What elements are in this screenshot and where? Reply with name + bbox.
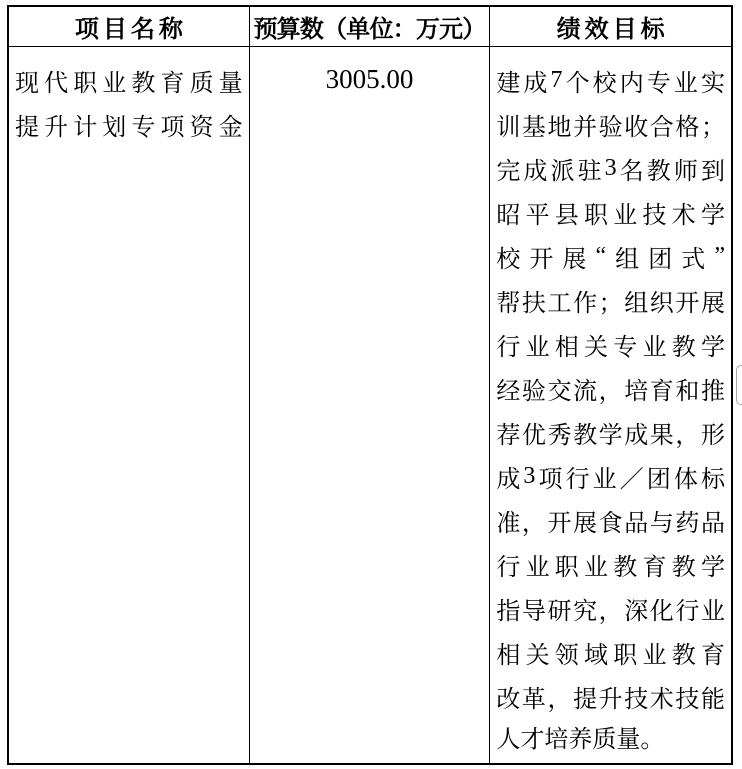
cell-project-name: 现代职业教育质量提升计划专项资金 xyxy=(9,47,250,763)
cell-performance-target: 建成7个校内专业实训基地并验收合格；完成派驻3名教师到昭平县职业技术学校开展“组… xyxy=(490,47,731,763)
budget-value: 3005.00 xyxy=(326,64,414,94)
table-data-row: 现代职业教育质量提升计划专项资金 3005.00 建成7个校内专业实训基地并验收… xyxy=(9,47,731,763)
scrollbar-thumb[interactable] xyxy=(736,365,742,405)
document-page: 项目名称 预算数（单位：万元） 绩效目标 现代职业教育质量提升计划专项资金 30… xyxy=(0,0,742,769)
column-header-budget-amount: 预算数（单位：万元） xyxy=(250,7,491,47)
budget-performance-table: 项目名称 预算数（单位：万元） 绩效目标 现代职业教育质量提升计划专项资金 30… xyxy=(7,5,733,765)
column-header-performance-target: 绩效目标 xyxy=(490,7,731,47)
column-header-project-name: 项目名称 xyxy=(9,7,250,47)
table-header-row: 项目名称 预算数（单位：万元） 绩效目标 xyxy=(9,7,731,47)
cell-budget-amount: 3005.00 xyxy=(250,47,491,763)
